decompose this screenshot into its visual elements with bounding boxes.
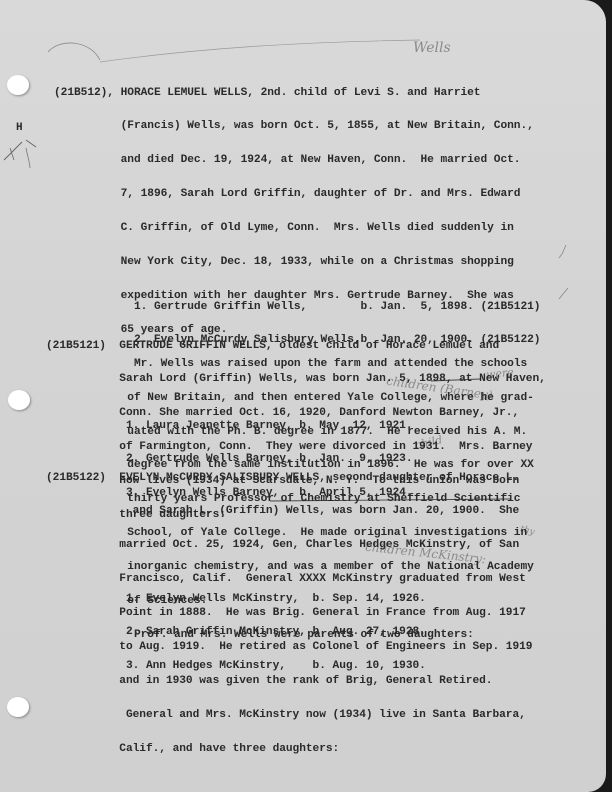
entry-line: General and Mrs. McKinstry now (1934) li… — [46, 710, 532, 721]
entry-line: and died Dec. 19, 1924, at New Haven, Co… — [54, 155, 534, 166]
entry-line: Calif., and have three daughters: — [46, 744, 532, 755]
child-item: 1. Laura Jeanette Barney, b. May 12, 192… — [46, 421, 413, 432]
entry-line: (Francis) Wells, was born Oct. 5, 1855, … — [54, 121, 534, 132]
entry-line: C. Griffin, of Old Lyme, Conn. Mrs. Well… — [54, 223, 534, 234]
entry-line: (21B5122) EVELYN McCURDY SALISBURY WELLS… — [46, 473, 532, 484]
entry-line: and Sarah L. (Griffin) Wells, was born J… — [46, 506, 532, 517]
children-list-21b5122: 1. Evelyn Wells McKinstry, b. Sep. 14, 1… — [46, 571, 426, 695]
punch-hole-bottom — [7, 697, 29, 717]
margin-mark-h: H — [16, 122, 23, 134]
child-item: 1. Evelyn Wells McKinstry, b. Sep. 14, 1… — [46, 594, 426, 605]
entry-line: married Oct. 25, 1924, Gen, Charles Hedg… — [46, 540, 532, 551]
child-item: 1. Gertrude Griffin Wells, b. Jan. 5, 18… — [54, 302, 540, 313]
child-item: 3. Ann Hedges McKinstry, b. Aug. 10, 193… — [46, 661, 426, 672]
punch-hole-middle — [8, 390, 30, 410]
child-item: 2. Sarah Griffin McKinstry, b. Aug. 27, … — [46, 627, 426, 638]
entry-line: 7, 1896, Sarah Lord Griffin, daughter of… — [54, 189, 534, 200]
punch-hole-top — [7, 75, 29, 95]
handwritten-note-wells: Wells — [413, 40, 451, 56]
entry-line: Sarah Lord (Griffin) Wells, was born Jan… — [46, 374, 546, 385]
entry-line: (21B5121) GERTRUDE GRIFFIN WELLS, oldest… — [46, 341, 546, 352]
entry-line: (21B512), HORACE LEMUEL WELLS, 2nd. chil… — [54, 88, 534, 99]
entry-line: New York City, Dec. 18, 1933, while on a… — [54, 257, 534, 268]
document-page: H Wells children (Barney) were child chi… — [0, 0, 606, 792]
